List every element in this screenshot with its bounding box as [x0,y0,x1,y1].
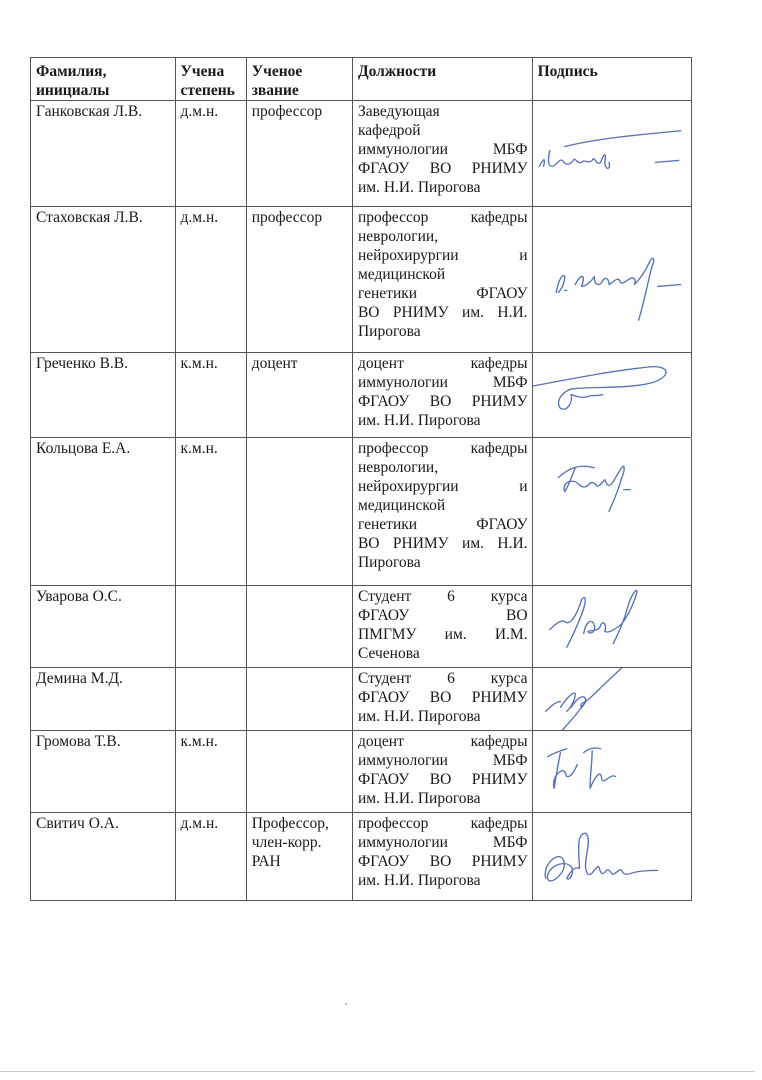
cell-title: профессор [246,207,352,353]
cell-name: Кольцова Е.А. [31,438,176,586]
position-line: ВО РНИМУ им. Н.И. [358,303,528,322]
table-row: Ганковская Л.В.д.м.н.профессорЗаведующая… [31,101,692,207]
table-row: Демина М.Д.Студент 6 курсаФГАОУ ВО РНИМУ… [31,668,692,731]
cell-position: профессор кафедрыиммунологии МБФФГАОУ ВО… [352,813,532,901]
position-line: кафедрой [358,121,528,140]
cell-degree [175,668,246,731]
cell-name: Стаховская Л.В. [31,207,176,353]
scan-speck [345,1003,347,1005]
cell-title [246,586,352,668]
signature-icon [533,353,691,437]
position-line: медицинской [358,265,528,284]
position-line: профессор кафедры [358,814,528,833]
position-line: иммунологии МБФ [358,140,528,159]
position-line: ПМГМУ им. И.М. [358,625,528,644]
cell-name: Ганковская Л.В. [31,101,176,207]
signature-table: Фамилия, инициалы Учена степень Ученое з… [30,57,692,901]
signature-icon [533,438,691,585]
position-line: иммунологии МБФ [358,751,528,770]
cell-position: Студент 6 курсаФГАОУ ВО РНИМУим. Н.И. Пи… [352,668,532,731]
position-line: Пирогова [358,322,528,341]
position-line: медицинской [358,496,528,515]
position-line: им. Н.И. Пирогова [358,411,528,430]
cell-position: доцент кафедрыиммунологии МБФФГАОУ ВО РН… [352,353,532,438]
scan-speck [690,437,692,439]
position-line: им. Н.И. Пирогова [358,178,528,197]
signature-icon [533,101,691,206]
cell-signature [532,438,691,586]
cell-signature [532,731,691,813]
table-row: Греченко В.В.к.м.н.доцентдоцент кафедрыи… [31,353,692,438]
table-row: Стаховская Л.В.д.м.н.профессорпрофессор … [31,207,692,353]
cell-degree: д.м.н. [175,207,246,353]
signature-icon [533,668,691,730]
cell-signature [532,813,691,901]
signature-icon [533,731,691,812]
cell-signature [532,207,691,353]
cell-title: Профессор, член-корр. РАН [246,813,352,901]
position-line: генетики ФГАОУ [358,284,528,303]
position-line: нейрохирургии и [358,246,528,265]
cell-signature [532,586,691,668]
cell-degree [175,586,246,668]
cell-name: Демина М.Д. [31,668,176,731]
table-body: Ганковская Л.В.д.м.н.профессорЗаведующая… [31,101,692,901]
position-line: неврологии, [358,227,528,246]
table-row: Уварова О.С.Студент 6 курсаФГАОУ ВОПМГМУ… [31,586,692,668]
cell-title [246,438,352,586]
cell-position: профессор кафедрыневрологии,нейрохирурги… [352,438,532,586]
cell-position: профессор кафедрыневрологии,нейрохирурги… [352,207,532,353]
signature-icon [533,813,691,900]
cell-degree: к.м.н. [175,438,246,586]
table-row: Громова Т.В.к.м.н.доцент кафедрыиммуноло… [31,731,692,813]
position-line: профессор кафедры [358,439,528,458]
cell-title [246,731,352,813]
page-bottom-edge [0,1071,755,1072]
position-line: ФГАОУ ВО [358,606,528,625]
cell-position: Студент 6 курсаФГАОУ ВОПМГМУ им. И.М.Сеч… [352,586,532,668]
position-line: им. Н.И. Пирогова [358,707,528,726]
cell-name: Греченко В.В. [31,353,176,438]
cell-degree: к.м.н. [175,731,246,813]
cell-degree: д.м.н. [175,813,246,901]
position-line: доцент кафедры [358,732,528,751]
cell-name: Громова Т.В. [31,731,176,813]
cell-title: профессор [246,101,352,207]
position-line: Пирогова [358,553,528,572]
position-line: Заведующая [358,102,528,121]
cell-degree: д.м.н. [175,101,246,207]
position-line: ВО РНИМУ им. Н.И. [358,534,528,553]
signature-icon [533,207,691,352]
position-line: им. Н.И. Пирогова [358,871,528,890]
position-line: иммунологии МБФ [358,833,528,852]
cell-degree: к.м.н. [175,353,246,438]
position-line: Студент 6 курса [358,587,528,606]
cell-signature [532,668,691,731]
table-row: Кольцова Е.А.к.м.н.профессор кафедрыневр… [31,438,692,586]
signature-icon [533,586,691,667]
header-degree: Учена степень [175,58,246,101]
cell-title: доцент [246,353,352,438]
header-position: Должности [352,58,532,101]
cell-position: доцент кафедрыиммунологии МБФФГАОУ ВО РН… [352,731,532,813]
position-line: иммунологии МБФ [358,373,528,392]
position-line: ФГАОУ ВО РНИМУ [358,688,528,707]
position-line: доцент кафедры [358,354,528,373]
position-line: ФГАОУ ВО РНИМУ [358,159,528,178]
position-line: Сеченова [358,644,528,663]
table-header-row: Фамилия, инициалы Учена степень Ученое з… [31,58,692,101]
position-line: нейрохирургии и [358,477,528,496]
position-line: генетики ФГАОУ [358,515,528,534]
cell-title [246,668,352,731]
position-line: Студент 6 курса [358,669,528,688]
cell-name: Свитич О.А. [31,813,176,901]
position-line: им. Н.И. Пирогова [358,789,528,808]
position-line: ФГАОУ ВО РНИМУ [358,392,528,411]
position-line: профессор кафедры [358,208,528,227]
position-line: неврологии, [358,458,528,477]
header-name: Фамилия, инициалы [31,58,176,101]
document-page: Фамилия, инициалы Учена степень Ученое з… [0,0,762,1080]
cell-signature [532,353,691,438]
header-signature: Подпись [532,58,691,101]
table-row: Свитич О.А.д.м.н.Профессор, член-корр. Р… [31,813,692,901]
position-line: ФГАОУ ВО РНИМУ [358,770,528,789]
header-title: Ученое звание [246,58,352,101]
cell-signature [532,101,691,207]
cell-position: Заведующаякафедройиммунологии МБФФГАОУ В… [352,101,532,207]
cell-name: Уварова О.С. [31,586,176,668]
position-line: ФГАОУ ВО РНИМУ [358,852,528,871]
